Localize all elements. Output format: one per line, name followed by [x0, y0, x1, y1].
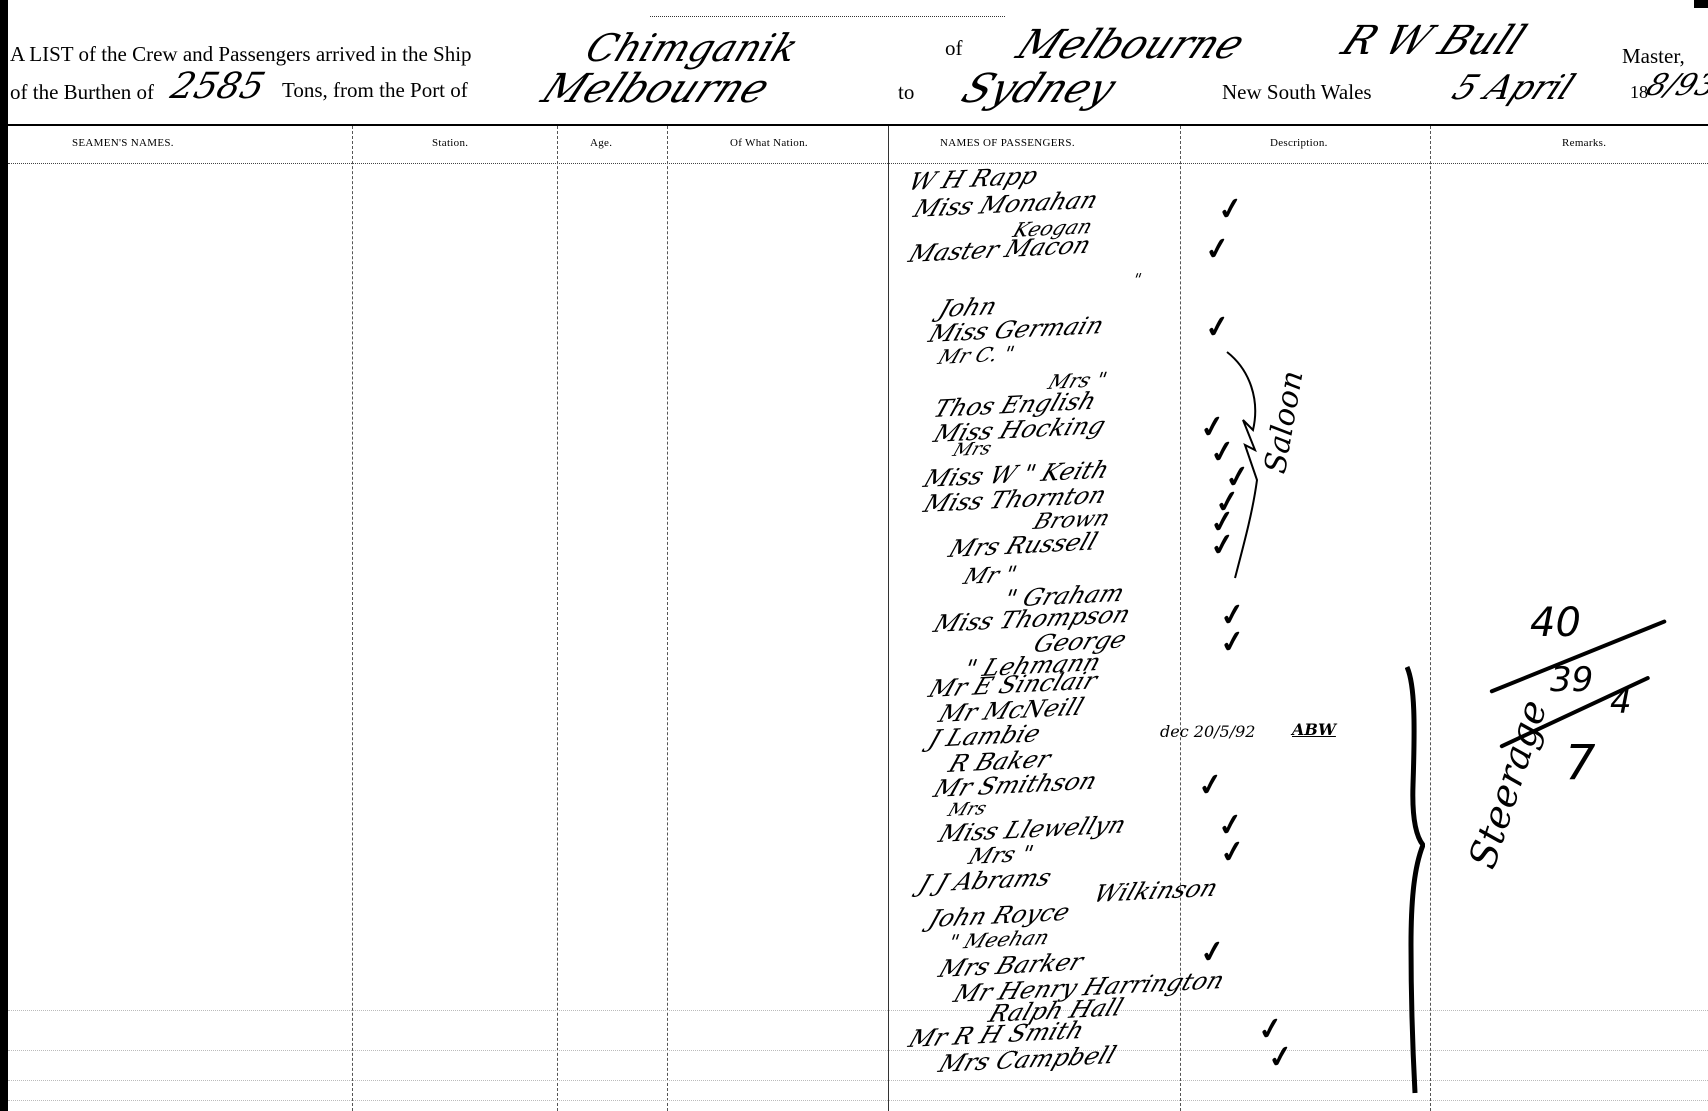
passenger-entry: J J Abrams: [915, 863, 1055, 898]
to-port: Sydney: [954, 66, 1123, 112]
ruled-line: [8, 1080, 1708, 1081]
of-label: of: [945, 36, 963, 61]
column-divider-passengers: [888, 126, 889, 1111]
passenger-entry: Mrs Russell: [945, 528, 1101, 563]
arrival-date: 5 April: [1446, 68, 1581, 108]
line2-prefix: of the Burthen of: [10, 80, 154, 105]
tally-bottom: 7: [1565, 735, 1596, 791]
column-divider-description: [1180, 126, 1181, 1111]
tally-side: 4: [1610, 682, 1632, 722]
master-name: R W Bull: [1334, 18, 1533, 64]
from-port: Melbourne: [534, 66, 777, 112]
tons-label: Tons, from the Port of: [282, 78, 468, 103]
scan-corner: [1694, 0, 1708, 8]
tally-top: 40: [1530, 600, 1581, 646]
column-divider-station: [352, 126, 353, 1111]
top-rule: [650, 16, 1005, 18]
column-header-rule: [8, 163, 1708, 164]
passenger-entry: Mr C. ": [935, 341, 1018, 369]
tonnage: 2585: [167, 66, 270, 107]
ruled-line: [8, 1100, 1708, 1101]
header-nation: Of What Nation.: [730, 137, 808, 149]
header-remarks: Remarks.: [1562, 137, 1606, 149]
header-station: Station.: [432, 137, 468, 149]
header-seamens-names: SEAMEN'S NAMES.: [72, 137, 174, 149]
checkmark-icon: ✓: [1216, 190, 1246, 228]
initials-note: ABW: [1292, 720, 1336, 739]
column-divider-age: [557, 126, 558, 1111]
tally-mid: 39: [1550, 660, 1593, 700]
checkmark-icon: ✓: [1203, 308, 1233, 346]
date-note: dec 20/5/92: [1160, 722, 1255, 741]
checkmark-icon: ✓: [1203, 230, 1233, 268]
checkmark-icon: ✓: [1218, 833, 1248, 871]
steerage-brace: [1405, 665, 1425, 1095]
header-rule: [8, 124, 1708, 126]
line1-prefix: A LIST of the Crew and Passengers arrive…: [10, 42, 472, 67]
ruled-line: [8, 1010, 1708, 1011]
ship-port: Melbourne: [1009, 22, 1252, 68]
passenger-entry: Wilkinson: [1090, 874, 1222, 908]
master-label: Master,: [1622, 44, 1685, 69]
year-handwritten: 8/93: [1642, 68, 1708, 103]
column-divider-remarks: [1430, 126, 1431, 1111]
header-description: Description.: [1270, 137, 1328, 149]
header-passengers: NAMES OF PASSENGERS.: [940, 137, 1075, 149]
checkmark-icon: ✓: [1218, 623, 1248, 661]
checkmark-icon: ✓: [1196, 766, 1226, 804]
ship-name: Chimganik: [580, 26, 804, 70]
header-age: Age.: [590, 137, 612, 149]
colony-label: New South Wales: [1222, 80, 1372, 105]
passenger-entry: Mrs: [950, 438, 994, 461]
to-label: to: [898, 80, 914, 105]
scan-edge: [0, 0, 8, 1111]
saloon-note: Saloon: [1258, 368, 1310, 476]
checkmark-icon: ✓: [1266, 1038, 1296, 1076]
column-divider-nation: [667, 126, 668, 1111]
passenger-entry: ": [1130, 270, 1144, 289]
passenger-entry: Master Macon: [905, 231, 1095, 268]
ruled-line: [8, 1050, 1708, 1051]
steerage-label: Steerage: [1460, 695, 1556, 874]
